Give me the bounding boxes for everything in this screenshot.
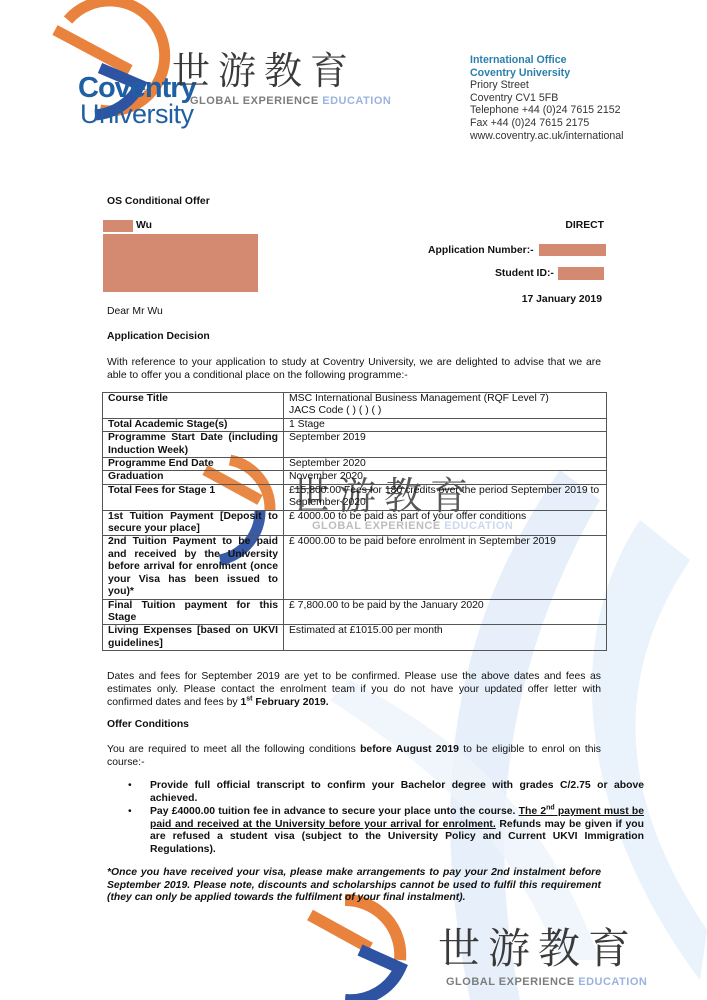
conditions-heading: Offer Conditions xyxy=(107,719,189,730)
address-fax: Fax +44 (0)24 7615 2175 xyxy=(470,117,624,130)
table-row: Final Tuition payment for this Stage£ 7,… xyxy=(103,599,607,625)
salutation: Dear Mr Wu xyxy=(107,306,163,317)
visa-footnote: *Once you have received your visa, pleas… xyxy=(107,867,601,905)
redacted-application-number xyxy=(539,244,606,256)
address-city: Coventry CV1 5FB xyxy=(470,92,624,105)
table-row-value: 1 Stage xyxy=(284,418,607,431)
table-row-label: Total Fees for Stage 1 xyxy=(103,484,284,510)
table-row-value: November 2020 xyxy=(284,471,607,484)
address-street: Priory Street xyxy=(470,79,624,92)
table-row: Living Expenses [based on UKVI guideline… xyxy=(103,625,607,651)
watermark-logo-top: 世游教育 GLOBAL EXPERIENCE EDUCATION xyxy=(172,40,391,107)
table-row: 2nd Tuition Payment to be paid and recei… xyxy=(103,536,607,599)
table-row-value: MSC International Business Management (R… xyxy=(284,393,607,419)
table-row-label: 1st Tuition Payment [Deposit to secure y… xyxy=(103,510,284,536)
offer-details-table: Course TitleMSC International Business M… xyxy=(102,392,607,651)
table-row: 1st Tuition Payment [Deposit to secure y… xyxy=(103,510,607,536)
condition-item-transcript: Provide full official transcript to conf… xyxy=(150,780,644,805)
condition-item-payment: Pay £4000.00 tuition fee in advance to s… xyxy=(150,806,644,856)
table-row: Programme Start Date (including Inductio… xyxy=(103,432,607,458)
conditions-list: Provide full official transcript to conf… xyxy=(107,780,644,858)
letter-date: 17 January 2019 xyxy=(522,294,602,305)
letter-title: OS Conditional Offer xyxy=(107,196,210,207)
intro-paragraph: With reference to your application to st… xyxy=(107,356,601,382)
address-website: www.coventry.ac.uk/international xyxy=(470,130,624,143)
table-row-label: Graduation xyxy=(103,471,284,484)
table-row-label: Final Tuition payment for this Stage xyxy=(103,599,284,625)
dates-note: Dates and fees for September 2019 are ye… xyxy=(107,670,601,709)
redacted-student-id xyxy=(558,267,604,280)
table-row: Programme End DateSeptember 2020 xyxy=(103,458,607,471)
application-number-label: Application Number:- xyxy=(428,245,534,256)
table-row-label: Programme Start Date (including Inductio… xyxy=(103,432,284,458)
table-row-label: Living Expenses [based on UKVI guideline… xyxy=(103,625,284,651)
student-id-label: Student ID:- xyxy=(495,268,554,279)
table-row: Total Academic Stage(s)1 Stage xyxy=(103,418,607,431)
table-row-label: Programme End Date xyxy=(103,458,284,471)
table-row-value: September 2020 xyxy=(284,458,607,471)
address-office: International Office xyxy=(470,54,624,67)
table-row: Course TitleMSC International Business M… xyxy=(103,393,607,419)
watermark-s-logo-bottom xyxy=(310,900,400,1000)
decision-heading: Application Decision xyxy=(107,331,210,342)
table-row: GraduationNovember 2020 xyxy=(103,471,607,484)
table-row-label: 2nd Tuition Payment to be paid and recei… xyxy=(103,536,284,599)
table-row-label: Total Academic Stage(s) xyxy=(103,418,284,431)
watermark-english-text: GLOBAL EXPERIENCE EDUCATION xyxy=(190,95,391,107)
route-label: DIRECT xyxy=(565,220,604,231)
table-row-value: Estimated at £1015.00 per month xyxy=(284,625,607,651)
redacted-address xyxy=(103,234,258,292)
table-row-value: September 2019 xyxy=(284,432,607,458)
table-row: Total Fees for Stage 1£15,800.00 Fees fo… xyxy=(103,484,607,510)
redacted-first-name xyxy=(103,220,133,232)
table-row-value: £ 4000.00 to be paid as part of your off… xyxy=(284,510,607,536)
table-row-value: £ 7,800.00 to be paid by the January 202… xyxy=(284,599,607,625)
table-row-value: £ 4000.00 to be paid before enrolment in… xyxy=(284,536,607,599)
address-university: Coventry University xyxy=(470,67,624,80)
watermark-chinese-text: 世游教育 xyxy=(172,40,391,95)
conditions-intro: You are required to meet all the followi… xyxy=(107,743,601,769)
table-row-value: £15,800.00 Fees for 180 credits over the… xyxy=(284,484,607,510)
table-row-label: Course Title xyxy=(103,393,284,419)
sender-address: International Office Coventry University… xyxy=(470,54,624,142)
recipient-surname: Wu xyxy=(136,220,152,231)
address-telephone: Telephone +44 (0)24 7615 2152 xyxy=(470,104,624,117)
watermark-logo-bottom: 世游教育 GLOBAL EXPERIENCE EDUCATION xyxy=(438,916,647,988)
